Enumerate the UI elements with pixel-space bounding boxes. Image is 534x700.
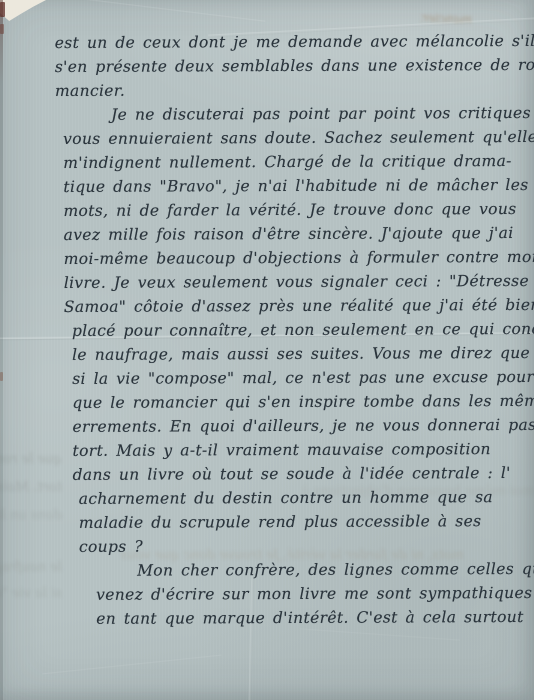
handwritten-line: Je ne discuterai pas point par point vos… [0,101,534,127]
wrinkle-bottom-right [300,628,460,641]
handwritten-line: venez d'écrire sur mon livre me sont sym… [1,581,534,607]
handwritten-line: que le romancier qui s'en inspire tombe … [0,389,534,415]
fold-crease-top-left [57,0,266,23]
handwritten-line: m'indignent nullement. Chargé de la crit… [0,149,534,175]
handwritten-line: si la vie "compose" mal, ce n'est pas un… [0,365,534,391]
handwritten-line: livre. Je veux seulement vous signaler c… [0,269,534,295]
handwritten-line: en tant que marque d'intérêt. C'est à ce… [1,605,534,631]
torn-corner [0,0,46,21]
handwritten-line: mots, ni de farder la vérité. Je trouve … [0,197,534,223]
handwritten-line: vous ennuieraient sans doute. Sachez seu… [0,125,534,151]
handwritten-line: s'en présente deux semblables dans une e… [0,53,534,79]
handwritten-line: acharnement du destin contre un homme qu… [1,485,534,511]
handwritten-line: moi-même beaucoup d'objections à formule… [0,245,534,271]
handwritten-line: maladie du scrupule rend plus accessible… [1,509,534,535]
handwritten-line: Mon cher confrère, des lignes comme cell… [1,557,534,583]
handwritten-line: le naufrage, mais aussi ses suites. Vous… [0,341,534,367]
handwritten-line: tort. Mais y a-t-il vraiment mauvaise co… [0,437,534,463]
handwritten-line: coups ? [1,533,534,559]
handwritten-line: errements. En quoi d'ailleurs, je ne vou… [0,413,534,439]
handwritten-line: dans un livre où tout se soude à l'idée … [1,461,534,487]
handwritten-line: placé pour connaître, et non seulement e… [0,317,534,343]
handwritten-line: avez mille fois raison d'être sincère. J… [0,221,534,247]
left-edge-mark [0,2,5,17]
handwritten-line: mancier. [0,77,534,103]
wrinkle-bottom-left [42,655,221,676]
letter-page: mancier. que le romancier qui s'en inspi… [0,0,534,700]
ink-showthrough: mancier. [386,10,472,27]
letter-body: est un de ceux dont je me demande avec m… [0,29,534,631]
handwritten-line: est un de ceux dont je me demande avec m… [0,29,534,55]
handwritten-line: Samoa" côtoie d'assez près une réalité q… [0,293,534,319]
handwritten-line: tique dans "Bravo", je n'ai l'habitude n… [0,173,534,199]
